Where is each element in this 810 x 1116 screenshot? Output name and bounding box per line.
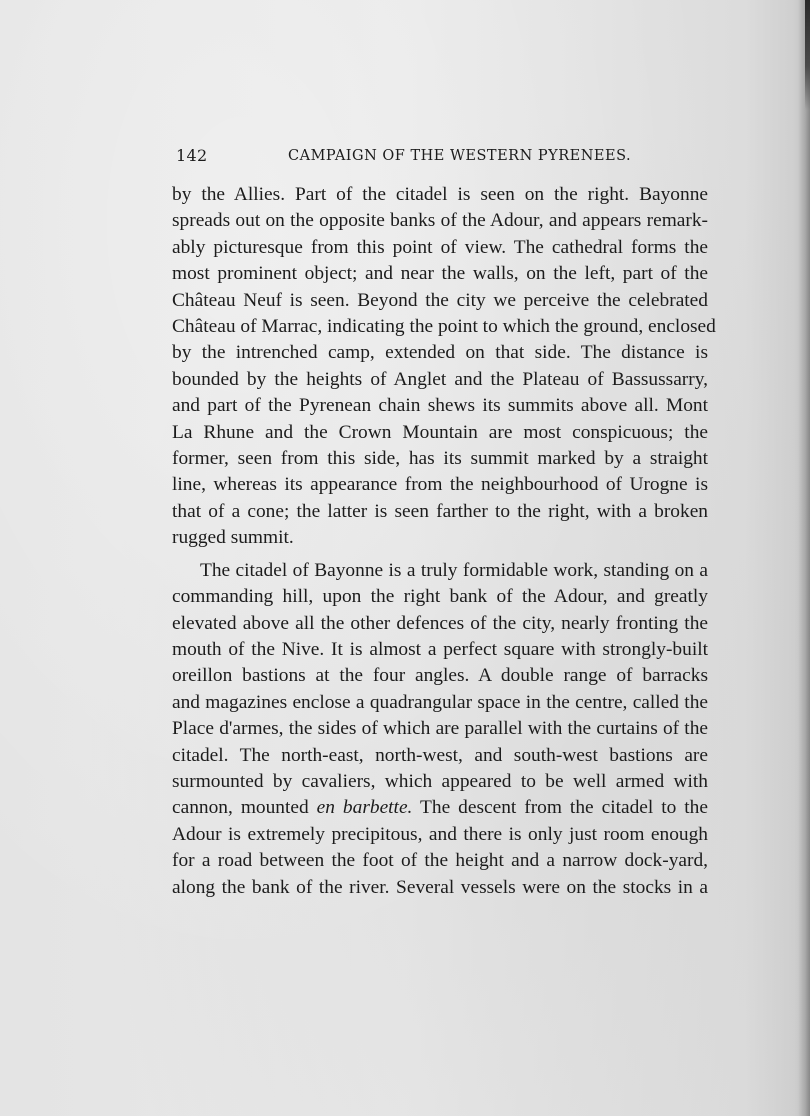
- text-line: and part of the Pyrenean chain shews its…: [172, 393, 708, 419]
- text-segment: cannon, mounted: [172, 797, 317, 818]
- running-head: 142 CAMPAIGN OF THE WESTERN PYRENEES.: [172, 140, 708, 180]
- page-edge-shadow: [798, 0, 810, 1116]
- text-line: by the Allies. Part of the citadel is se…: [172, 182, 708, 208]
- text-line: surmounted by cavaliers, which appeared …: [172, 769, 708, 795]
- text-line: former, seen from this side, has its sum…: [172, 446, 708, 472]
- text-line: The citadel of Bayonne is a truly formid…: [172, 558, 708, 584]
- text-line: rugged summit.: [172, 525, 708, 551]
- paragraph-1: by the Allies. Part of the citadel is se…: [172, 182, 708, 552]
- text-line: Château of Marrac, indicating the point …: [172, 314, 708, 340]
- text-line: most prominent object; and near the wall…: [172, 261, 708, 287]
- text-line: line, whereas its appearance from the ne…: [172, 472, 708, 498]
- paragraph-2: The citadel of Bayonne is a truly formid…: [172, 558, 708, 901]
- text-line: bounded by the heights of Anglet and the…: [172, 367, 708, 393]
- body-text: by the Allies. Part of the citadel is se…: [172, 182, 708, 901]
- text-line: mouth of the Nive. It is almost a perfec…: [172, 637, 708, 663]
- page-edge-dark-strip: [805, 0, 810, 110]
- italic-phrase: en barbette.: [317, 797, 413, 818]
- text-line: for a road between the foot of the heigh…: [172, 848, 708, 874]
- text-line: that of a cone; the latter is seen farth…: [172, 499, 708, 525]
- text-segment: The descent from the citadel to the: [412, 797, 708, 818]
- text-line: Adour is extremely precipitous, and ther…: [172, 822, 708, 848]
- text-line: elevated above all the other defences of…: [172, 611, 708, 637]
- text-line: spreads out on the opposite banks of the…: [172, 208, 708, 234]
- book-page: 142 CAMPAIGN OF THE WESTERN PYRENEES. by…: [172, 140, 708, 901]
- text-line-with-italic: cannon, mounted en barbette. The descent…: [172, 795, 708, 821]
- text-line: Place d'armes, the sides of which are pa…: [172, 716, 708, 742]
- text-line: and magazines enclose a quadrangular spa…: [172, 690, 708, 716]
- text-line: citadel. The north-east, north-west, and…: [172, 743, 708, 769]
- text-line: La Rhune and the Crown Mountain are most…: [172, 420, 708, 446]
- page-number: 142: [176, 146, 207, 165]
- running-title: CAMPAIGN OF THE WESTERN PYRENEES.: [288, 148, 631, 164]
- text-line: by the intrenched camp, extended on that…: [172, 340, 708, 366]
- text-line: oreillon bastions at the four angles. A …: [172, 663, 708, 689]
- text-line: ably picturesque from this point of view…: [172, 235, 708, 261]
- text-line: Château Neuf is seen. Beyond the city we…: [172, 288, 708, 314]
- text-line: along the bank of the river. Several ves…: [172, 875, 708, 901]
- text-line: commanding hill, upon the right bank of …: [172, 584, 708, 610]
